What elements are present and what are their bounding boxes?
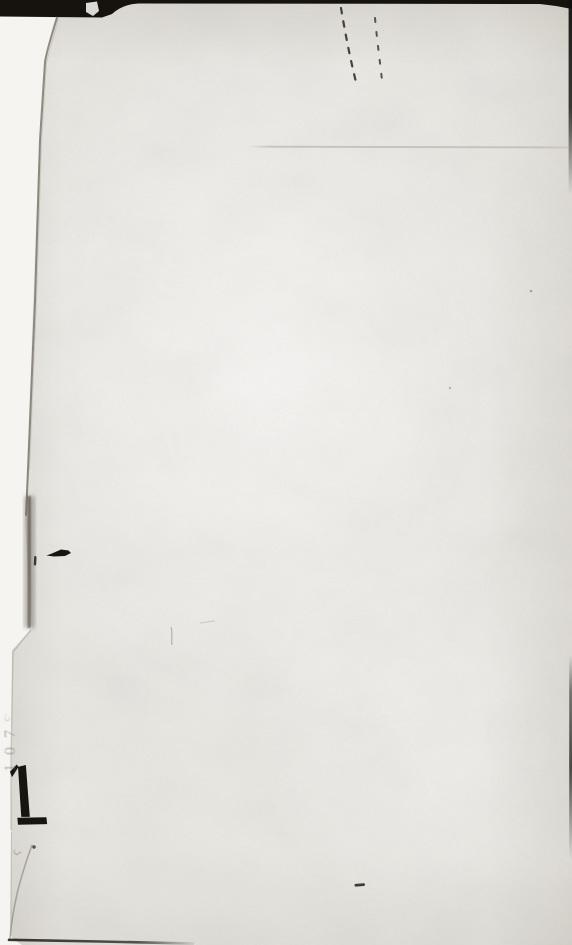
small-ink-dash-bottom — [354, 883, 365, 887]
pencil-stroke-right — [375, 18, 382, 80]
scan-border-top — [0, 0, 572, 18]
faint-shelfmark-text: 107 — [2, 721, 20, 772]
speck-bottom-left — [32, 845, 35, 848]
scanned-page: 107 c· ς — [0, 0, 572, 945]
ink-tick — [34, 556, 37, 566]
faint-scratch — [200, 621, 215, 623]
gutter-shadow-core — [28, 496, 32, 628]
speck-center — [449, 387, 451, 389]
ink-smudge — [47, 550, 72, 557]
faint-vertical-edge-low — [11, 832, 12, 928]
scan-border-right-top — [569, 0, 572, 195]
pencil-stroke-left — [341, 8, 356, 82]
faint-squiggle — [171, 627, 172, 645]
speck-right — [530, 290, 533, 293]
page-corner-curve-bottom — [10, 845, 32, 938]
scan-marks-layer — [0, 0, 572, 945]
faint-pen-curl-top: c· — [0, 712, 13, 722]
page-bottom-edge-line — [9, 940, 193, 944]
faint-impression-line — [248, 146, 572, 149]
